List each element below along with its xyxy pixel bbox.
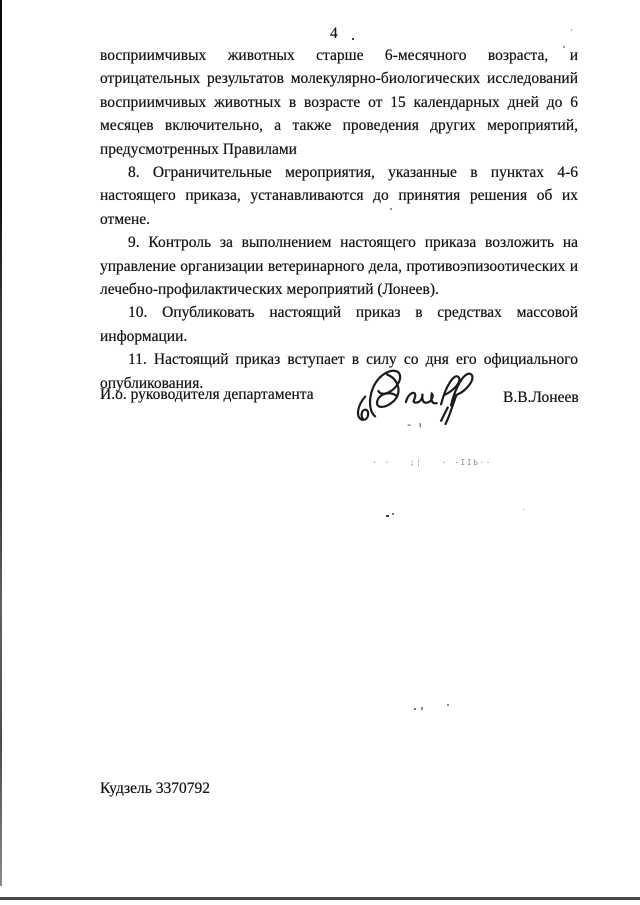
- paragraph-item-10: 10. Опубликовать настоящий приказ в сред…: [100, 301, 578, 348]
- document-body: восприимчивых животных старше 6-месячног…: [100, 44, 578, 395]
- paragraph-continuation: восприимчивых животных старше 6-месячног…: [100, 44, 578, 161]
- handwritten-signature-icon: [352, 360, 484, 432]
- scan-speck: [386, 515, 389, 517]
- scan-speck: [563, 46, 565, 48]
- signer-name: В.В.Лонеев: [503, 389, 579, 407]
- scanned-document-page: { "page": { "number": "4", "background_c…: [0, 0, 640, 905]
- scan-speck: [523, 509, 524, 510]
- scan-speck: [390, 208, 392, 210]
- scan-speck: [309, 313, 310, 316]
- page-number: 4: [330, 25, 338, 43]
- signer-role: И.о. руководителя департамента: [100, 386, 314, 404]
- footer-author-code: Кудзель 3370792: [100, 780, 210, 798]
- scan-speck: [447, 704, 449, 706]
- scan-speck: [421, 707, 423, 710]
- stamp-remnant-artifact: · · ;¦ · ·ІІЬ··: [372, 458, 492, 467]
- paragraph-item-8: 8. Ограничительные мероприятия, указанны…: [100, 161, 578, 231]
- scan-speck: [352, 38, 354, 40]
- scan-speck: [571, 29, 572, 31]
- scan-speck: [414, 708, 416, 710]
- scan-edge-bottom: [0, 897, 640, 900]
- scan-edge-left: [0, 0, 2, 886]
- scan-speck: [392, 513, 394, 515]
- paragraph-item-9: 9. Контроль за выполнением настоящего пр…: [100, 231, 578, 301]
